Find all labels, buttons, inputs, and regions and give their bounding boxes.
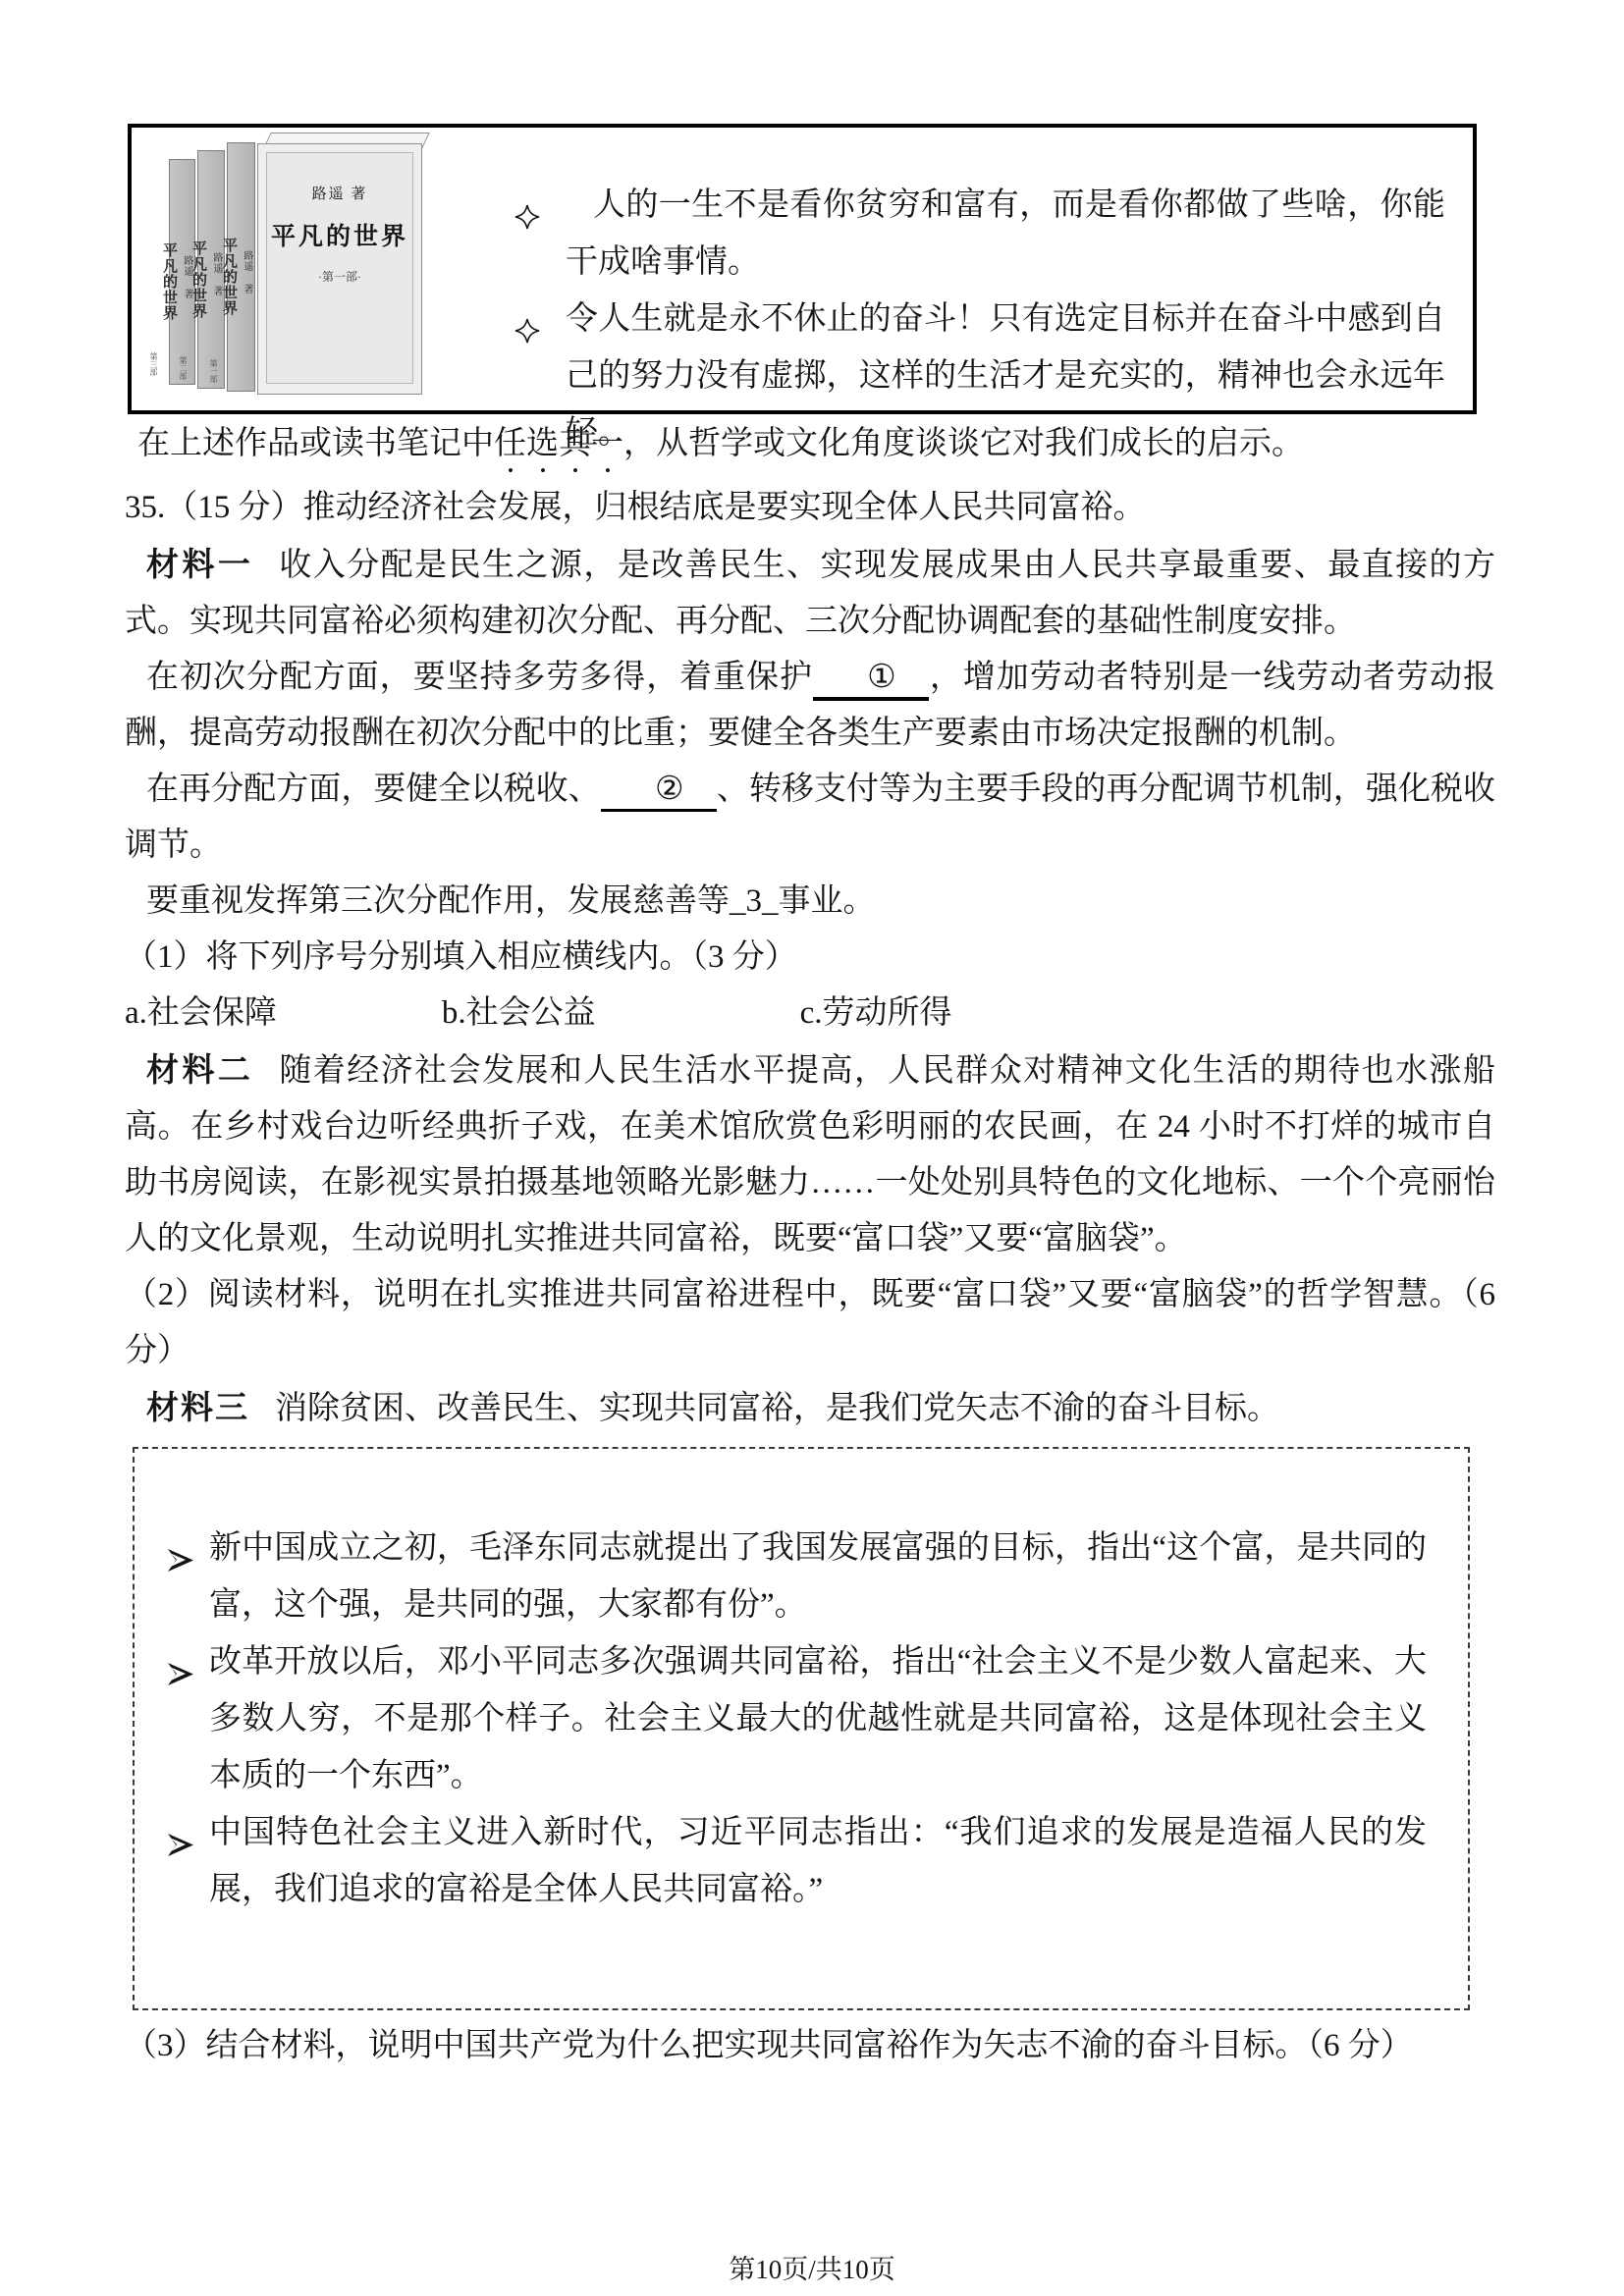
spine-volume: 第一部 bbox=[208, 359, 219, 383]
reading-notes-box: 路遥 著 平凡的世界 第三部 路遥 著 平凡的世界 第二部 路遥 著 平凡的世界… bbox=[128, 124, 1477, 414]
q34-emphasized-text: 任选其一 bbox=[494, 426, 623, 461]
material2-paragraph: 材料二随着经济社会发展和人民生活水平提高，人民群众对精神文化生活的期待也水涨船高… bbox=[125, 1041, 1495, 1267]
subquestion1: （1）将下列序号分别填入相应横线内。（3 分） bbox=[125, 930, 1495, 986]
spine-title: 平凡的世界 bbox=[159, 242, 180, 321]
option-b: b.社会公益 bbox=[442, 986, 596, 1041]
book-set: 路遥 著 平凡的世界 第三部 路遥 著 平凡的世界 第二部 路遥 著 平凡的世界… bbox=[169, 135, 463, 399]
quote-text: 人的一生不是看你贫穷和富有，而是看你都做了些啥，你能干成啥事情。 bbox=[566, 177, 1445, 291]
book-title: 平凡的世界 bbox=[267, 217, 412, 252]
arrowhead-bullet-icon bbox=[154, 1804, 209, 1877]
material3-intro: 材料三消除贫困、改善民生、实现共同富裕，是我们党矢志不渝的奋斗目标。 bbox=[125, 1379, 1495, 1437]
bullet-text: 新中国成立之初，毛泽东同志就提出了我国发展富强的目标，指出“这个富，是共同的富，… bbox=[209, 1520, 1427, 1633]
option-a: a.社会保障 bbox=[125, 986, 277, 1041]
para2-prefix: 在初次分配方面，要坚持多劳多得，着重保护 bbox=[146, 660, 813, 695]
material1-paragraph1-text: 收入分配是民生之源，是改善民生、实现发展成果由人民共享最重要、最直接的方式。实现… bbox=[125, 548, 1495, 639]
option-list: a.社会保障 b.社会公益 c.劳动所得 bbox=[125, 986, 1495, 1041]
spine-title: 平凡的世界 bbox=[189, 240, 209, 319]
bullet-item-deng: 改革开放以后，邓小平同志多次强调共同富裕，指出“社会主义不是少数人富起来、大多数… bbox=[154, 1633, 1427, 1804]
subquestion3: （3）结合材料，说明中国共产党为什么把实现共同富裕作为矢志不渝的奋斗目标。（6 … bbox=[125, 2018, 1495, 2074]
material1-paragraph1: 材料一收入分配是民生之源，是改善民生、实现发展成果由人民共享最重要、最直接的方式… bbox=[125, 536, 1495, 650]
bullet-item-mao: 新中国成立之初，毛泽东同志就提出了我国发展富强的目标，指出“这个富，是共同的富，… bbox=[154, 1520, 1427, 1633]
para3-prefix: 在再分配方面，要健全以税收、 bbox=[146, 772, 601, 807]
book-front-cover-panel: 路遥 著 平凡的世界 ·第一部· bbox=[266, 152, 413, 384]
spine-author: 路遥 著 bbox=[240, 250, 254, 294]
bullet-text: 改革开放以后，邓小平同志多次强调共同富裕，指出“社会主义不是少数人富起来、大多数… bbox=[209, 1633, 1427, 1804]
material3-quotes-box: 新中国成立之初，毛泽东同志就提出了我国发展富强的目标，指出“这个富，是共同的富，… bbox=[133, 1447, 1470, 2010]
material2-label: 材料二 bbox=[146, 1051, 253, 1088]
book-spine-volume1: 路遥 著 平凡的世界 第一部 bbox=[227, 142, 255, 392]
question35-stem: 35.（15 分）推动经济社会发展，归根结底是要实现全体人民共同富裕。 bbox=[125, 480, 1495, 536]
book-volume-label: ·第一部· bbox=[267, 268, 412, 285]
book-front-cover: 路遥 著 平凡的世界 ·第一部· bbox=[257, 143, 422, 395]
material1-paragraph3: 在再分配方面，要健全以税收、②、转移支付等为主要手段的再分配调节机制，强化税收调… bbox=[125, 762, 1495, 874]
spine-title: 平凡的世界 bbox=[219, 238, 240, 316]
material3-intro-text: 消除贫困、改善民生、实现共同富裕，是我们党矢志不渝的奋斗目标。 bbox=[275, 1391, 1279, 1426]
book-cover-illustration: 路遥 著 平凡的世界 第三部 路遥 著 平凡的世界 第二部 路遥 著 平凡的世界… bbox=[132, 128, 475, 410]
material2-paragraph-text: 随着经济社会发展和人民生活水平提高，人民群众对精神文化生活的期待也水涨船高。在乡… bbox=[125, 1053, 1495, 1256]
material3-label: 材料三 bbox=[146, 1389, 249, 1425]
bullet-text: 中国特色社会主义进入新时代，习近平同志指出：“我们追求的发展是造福人民的发展，我… bbox=[209, 1804, 1427, 1918]
q34-text-before: 在上述作品或读书笔记中 bbox=[137, 426, 494, 461]
exam-page: 路遥 著 平凡的世界 第三部 路遥 著 平凡的世界 第二部 路遥 著 平凡的世界… bbox=[0, 0, 1624, 2296]
fill-blank-1: ① bbox=[813, 658, 929, 701]
fill-blank-2: ② bbox=[601, 770, 717, 812]
question34-instruction: 在上述作品或读书笔记中任选其一，从哲学或文化角度谈谈它对我们成长的启示。 bbox=[125, 416, 1495, 480]
quote-item: 人的一生不是看你贫穷和富有，而是看你都做了些啥，你能干成啥事情。 bbox=[514, 177, 1445, 291]
spine-volume: 第三部 bbox=[148, 352, 159, 376]
q34-text-after: ，从哲学或文化角度谈谈它对我们成长的启示。 bbox=[623, 426, 1304, 461]
subquestion2: （2）阅读材料，说明在扎实推进共同富裕进程中，既要“富口袋”又要“富脑袋”的哲学… bbox=[125, 1267, 1495, 1379]
sparkle-star-icon bbox=[514, 291, 566, 362]
exam-body: 在上述作品或读书笔记中任选其一，从哲学或文化角度谈谈它对我们成长的启示。 35.… bbox=[125, 416, 1495, 2074]
material1-paragraph4: 要重视发挥第三次分配作用，发展慈善等_3_事业。 bbox=[125, 874, 1495, 930]
bullet-item-xi: 中国特色社会主义进入新时代，习近平同志指出：“我们追求的发展是造福人民的发展，我… bbox=[154, 1804, 1427, 1918]
book-author: 路遥 著 bbox=[267, 183, 412, 203]
arrowhead-bullet-icon bbox=[154, 1520, 209, 1592]
quote-list: 人的一生不是看你贫穷和富有，而是看你都做了些啥，你能干成啥事情。 令人生就是永不… bbox=[475, 128, 1473, 410]
material1-label: 材料一 bbox=[146, 546, 253, 582]
sparkle-star-icon bbox=[514, 177, 566, 248]
option-c: c.劳动所得 bbox=[800, 986, 952, 1041]
material1-paragraph2: 在初次分配方面，要坚持多劳多得，着重保护①，增加劳动者特别是一线劳动者劳动报酬，… bbox=[125, 650, 1495, 762]
page-number: 第10页/共10页 bbox=[0, 2248, 1624, 2286]
spine-volume: 第二部 bbox=[178, 356, 189, 380]
arrowhead-bullet-icon bbox=[154, 1633, 209, 1706]
